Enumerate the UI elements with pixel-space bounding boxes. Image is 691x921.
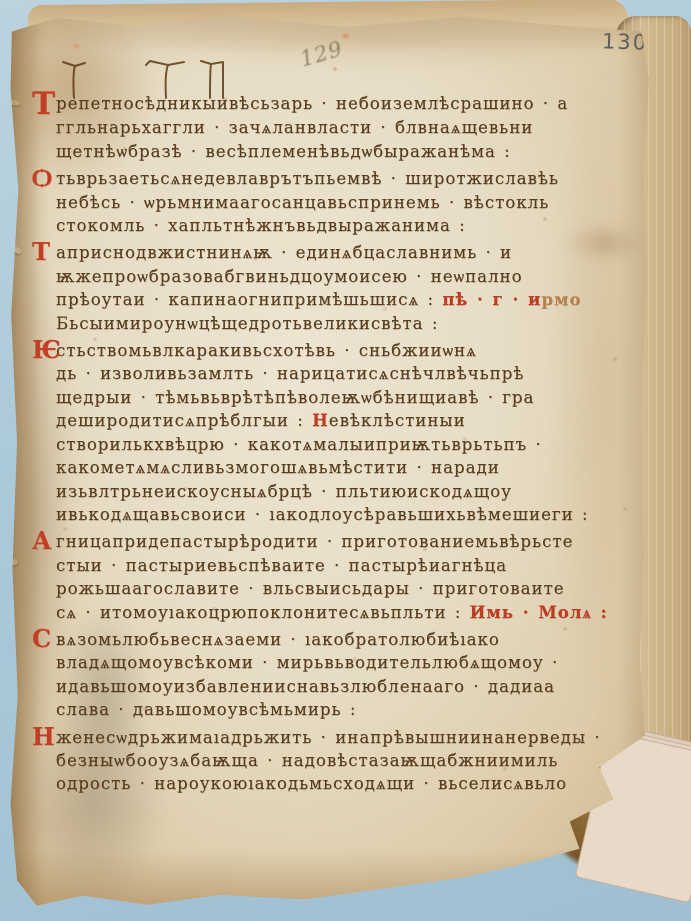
text-line: сѧ · итомоуıакоцрюпоклонитесѧвьпльти : И…: [56, 601, 652, 624]
red-speck: [74, 44, 79, 48]
text-line: деширодитисѧпрѣблгыи : Невѣклѣстиныи: [56, 409, 652, 432]
parchment-leaf: 129 130 Трепетносѣдникыивѣсьзарь · небои…: [4, 8, 658, 912]
text-line: слава · давьшомоувсѣмьмирь :: [56, 698, 652, 721]
binding-edge: [4, 8, 40, 912]
text-line: щедрыи · тѣмьвьврѣтѣпѣволеѭѡбѣнищиавѣ · …: [56, 386, 652, 409]
text-line: рожьшаагославите · вльсвыисьдары · приго…: [56, 577, 652, 600]
text-line: Нженесѡдрьжимаıадрьжить · инапрѣвышниина…: [56, 725, 652, 749]
text-line: какометѧмѧсливьзмогошѧвьмѣстити · наради: [56, 456, 652, 479]
text-line: Ѻтьврьзаетьсѧнедевлаврътъпьемвѣ · широтж…: [56, 166, 652, 190]
rubric-ode-heading: пѣ · г · и: [442, 289, 541, 309]
manuscript-photo: 129 130 Трепетносѣдникыивѣсьзарь · небои…: [0, 0, 691, 921]
text-line: небѣсь · ѡрьмнимаагосанцавьспринемь · вѣ…: [56, 191, 652, 214]
text-line: Трепетносѣдникыивѣсьзарь · небоиземлѣсра…: [56, 92, 652, 116]
text-line: дь · изволивьзамлть · нарицатисѧснѣчлвѣч…: [56, 362, 652, 385]
text-line: Свѧзомьлюбьвеснѧзаеми · ıакобратолюбиѣıа…: [56, 627, 652, 651]
parchment-speckles: [4, 8, 6, 10]
text-line: прѣоутаи · капинаогнипримѣшьшисѧ : пѣ · …: [56, 288, 652, 311]
red-speck: [342, 34, 349, 38]
text-line: стокомль · хапльтнѣжнъвьдвыражанима :: [56, 214, 652, 237]
center-folio-number: 129: [298, 37, 346, 72]
text-line: щетнѣѡбразѣ · весѣплеменѣвьдѡбыражанѣма …: [56, 140, 652, 163]
text-line: Бьсыимироунѡцѣщедротьвеликисвѣта :: [56, 312, 652, 335]
text-line: безныѡбооузѧбаѭща · надовѣстазаѭщабжниим…: [56, 749, 652, 772]
binding-stitch: [8, 99, 21, 106]
text-line: стыи · пастыриевьспѣваите · пастырѣиагнѣ…: [56, 554, 652, 577]
text-block: Трепетносѣдникыивѣсьзарь · небоиземлѣсра…: [56, 92, 652, 796]
text-line: ѭжепроѡбразовабгвиньдцоумоисею · неѡпалн…: [56, 265, 652, 288]
text-line: створилькхвѣцрю · какотѧмалыиприѭтьврьть…: [56, 433, 652, 456]
text-line: одрость · нароукоюıакодьмьсходѧщи · вьсе…: [56, 772, 652, 795]
text-line: ггльнарьхаггли · зачѧланвласти · блвнаѧщ…: [56, 116, 652, 139]
rubric-faded: рмо: [541, 289, 581, 309]
rubric-heading: Имь · Молѧ :: [470, 602, 608, 622]
text-line: Ѥстьствомьвлкаракивьсхотѣвь · сньбжииѡнѧ: [56, 338, 652, 362]
text-line: идавьшомоуизбавленииснавьзлюбленааго · д…: [56, 675, 652, 698]
text-line: владѧщомоувсѣкоми · мирьвьводительлюбѧщо…: [56, 651, 652, 674]
text-line: Агницапридепастырѣродити · приготованием…: [56, 529, 652, 553]
rubric-mid-initial: Н: [312, 410, 329, 430]
text-line: Таприснодвжистнинѧѭ · единѧбцаславнимь ·…: [56, 240, 652, 264]
text-line: ивькодѧщавьсвоиси · ıакодлоусѣравьшихьвѣ…: [56, 503, 652, 526]
text-line: изьвлтрьнеискоусныѧбрцѣ · пльтиюискодѧщо…: [56, 480, 652, 503]
folio-number: 130: [602, 29, 649, 55]
